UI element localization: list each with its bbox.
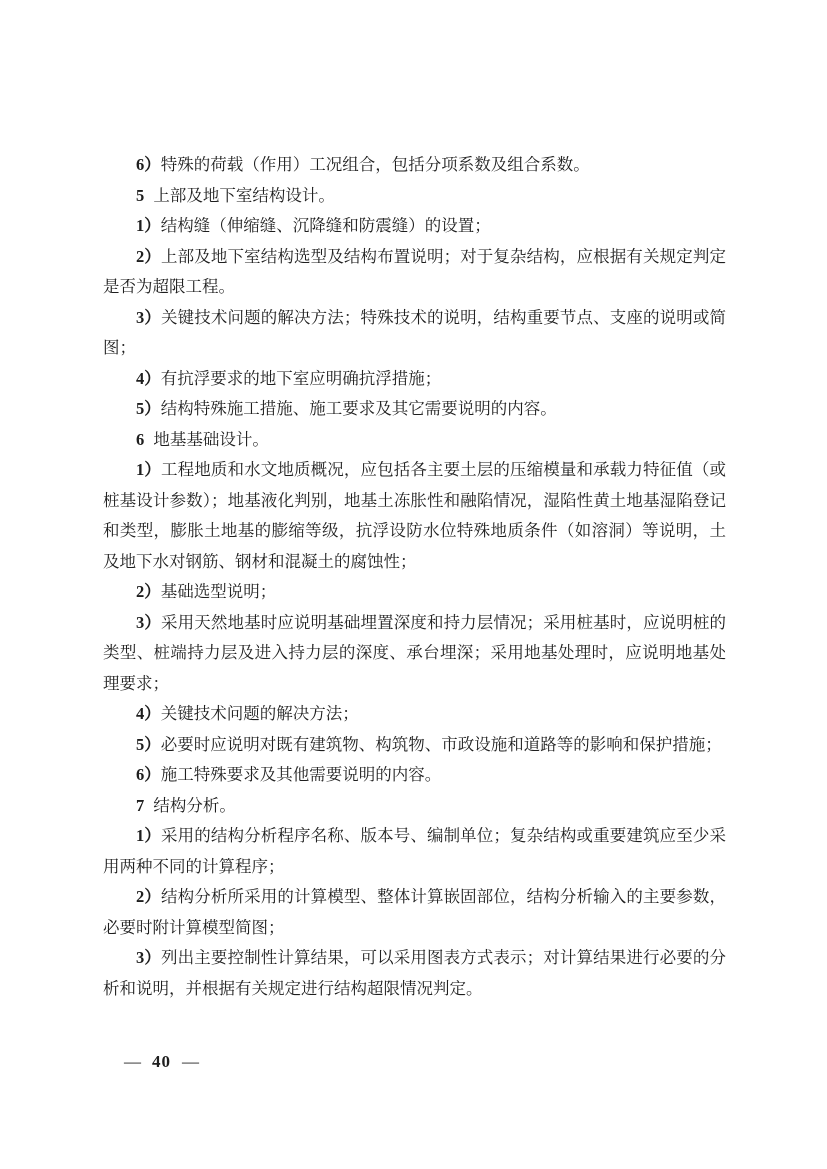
- item-number: 5）: [136, 399, 161, 418]
- list-item: 5）结构特殊施工措施、施工要求及其它需要说明的内容。: [103, 394, 726, 425]
- list-item: 2）结构分析所采用的计算模型、整体计算嵌固部位，结构分析输入的主要参数，必要时附…: [103, 882, 726, 943]
- section-heading: 6地基基础设计。: [103, 425, 726, 456]
- list-item: 4）有抗浮要求的地下室应明确抗浮措施；: [103, 364, 726, 395]
- section-number: 6: [136, 430, 144, 449]
- footer-left-dash: —: [124, 1047, 141, 1077]
- item-number: 4）: [136, 369, 161, 388]
- item-text: 特殊的荷载（作用）工况组合，包括分项系数及组合系数。: [161, 155, 590, 174]
- item-number: 5）: [136, 735, 161, 754]
- item-text: 采用天然地基时应说明基础埋置深度和持力层情况；采用桩基时，应说明桩的类型、桩端持…: [103, 613, 726, 693]
- page-number: 40: [152, 1047, 171, 1077]
- list-item: 6）特殊的荷载（作用）工况组合，包括分项系数及组合系数。: [103, 150, 726, 181]
- list-item: 3）列出主要控制性计算结果，可以采用图表方式表示；对计算结果进行必要的分析和说明…: [103, 943, 726, 1004]
- section-heading: 5上部及地下室结构设计。: [103, 181, 726, 212]
- section-number: 7: [136, 796, 144, 815]
- item-text: 上部及地下室结构选型及结构布置说明；对于复杂结构，应根据有关规定判定是否为超限工…: [103, 247, 726, 297]
- item-text: 工程地质和水文地质概况，应包括各主要土层的压缩模量和承载力特征值（或桩基设计参数…: [103, 460, 726, 571]
- item-text: 施工特殊要求及其他需要说明的内容。: [161, 765, 442, 784]
- list-item: 1）工程地质和水文地质概况，应包括各主要土层的压缩模量和承载力特征值（或桩基设计…: [103, 455, 726, 577]
- item-text: 结构分析所采用的计算模型、整体计算嵌固部位，结构分析输入的主要参数，必要时附计算…: [103, 887, 726, 937]
- item-text: 必要时应说明对既有建筑物、构筑物、市政设施和道路等的影响和保护措施；: [161, 735, 722, 754]
- item-text: 结构特殊施工措施、施工要求及其它需要说明的内容。: [161, 399, 557, 418]
- item-number: 1）: [136, 460, 161, 479]
- section-heading: 7结构分析。: [103, 791, 726, 822]
- item-number: 3）: [136, 308, 161, 327]
- list-item: 5）必要时应说明对既有建筑物、构筑物、市政设施和道路等的影响和保护措施；: [103, 730, 726, 761]
- item-text: 结构缝（伸缩缝、沉降缝和防震缝）的设置；: [161, 216, 491, 235]
- item-number: 2）: [136, 247, 161, 266]
- list-item: 1）采用的结构分析程序名称、版本号、编制单位；复杂结构或重要建筑应至少采用两种不…: [103, 821, 726, 882]
- list-item: 3）关键技术问题的解决方法；特殊技术的说明，结构重要节点、支座的说明或简图；: [103, 303, 726, 364]
- item-number: 1）: [136, 826, 161, 845]
- list-item: 1）结构缝（伸缩缝、沉降缝和防震缝）的设置；: [103, 211, 726, 242]
- item-number: 2）: [136, 887, 161, 906]
- item-text: 关键技术问题的解决方法；: [161, 704, 359, 723]
- footer-right-dash: —: [182, 1047, 199, 1077]
- item-number: 1）: [136, 216, 161, 235]
- item-text: 有抗浮要求的地下室应明确抗浮措施；: [161, 369, 442, 388]
- section-title: 上部及地下室结构设计。: [153, 186, 335, 205]
- item-number: 6）: [136, 155, 161, 174]
- page-footer: — 40 —: [124, 1047, 199, 1077]
- section-title: 结构分析。: [153, 796, 236, 815]
- document-body: 6）特殊的荷载（作用）工况组合，包括分项系数及组合系数。 5上部及地下室结构设计…: [103, 150, 726, 1004]
- list-item: 2）基础选型说明；: [103, 577, 726, 608]
- item-text: 列出主要控制性计算结果，可以采用图表方式表示；对计算结果进行必要的分析和说明，并…: [103, 948, 726, 998]
- item-number: 3）: [136, 948, 161, 967]
- item-text: 基础选型说明；: [161, 582, 277, 601]
- list-item: 6）施工特殊要求及其他需要说明的内容。: [103, 760, 726, 791]
- item-text: 关键技术问题的解决方法；特殊技术的说明，结构重要节点、支座的说明或简图；: [103, 308, 726, 358]
- item-number: 2）: [136, 582, 161, 601]
- list-item: 3）采用天然地基时应说明基础埋置深度和持力层情况；采用桩基时，应说明桩的类型、桩…: [103, 608, 726, 700]
- section-title: 地基基础设计。: [153, 430, 269, 449]
- item-number: 4）: [136, 704, 161, 723]
- item-text: 采用的结构分析程序名称、版本号、编制单位；复杂结构或重要建筑应至少采用两种不同的…: [103, 826, 726, 876]
- item-number: 3）: [136, 613, 161, 632]
- item-number: 6）: [136, 765, 161, 784]
- list-item: 4）关键技术问题的解决方法；: [103, 699, 726, 730]
- document-page: 6）特殊的荷载（作用）工况组合，包括分项系数及组合系数。 5上部及地下室结构设计…: [0, 0, 827, 1169]
- section-number: 5: [136, 186, 144, 205]
- list-item: 2）上部及地下室结构选型及结构布置说明；对于复杂结构，应根据有关规定判定是否为超…: [103, 242, 726, 303]
